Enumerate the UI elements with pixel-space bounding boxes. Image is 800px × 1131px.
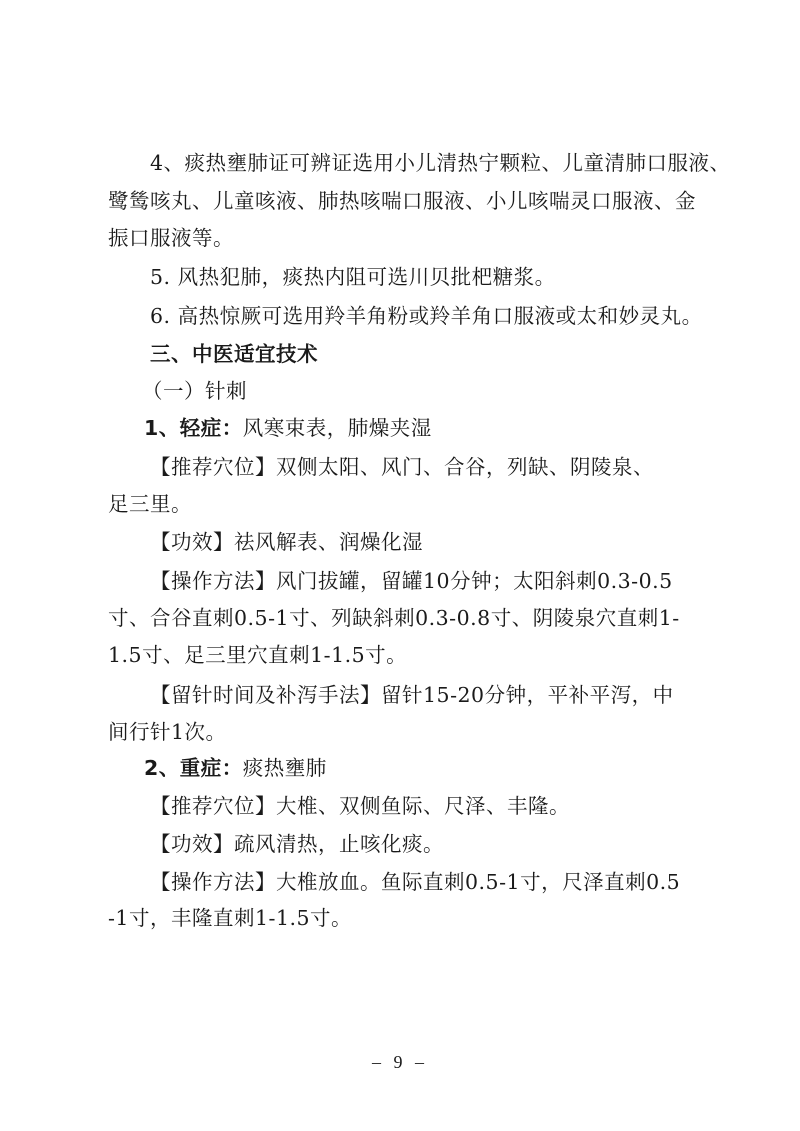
paragraph-line: 【操作方法】风门拔罐，留罐10分钟；太阳斜刺0.3-0.5 xyxy=(150,567,673,595)
item-description: 痰热壅肺 xyxy=(243,756,327,780)
paragraph-line: 足三里。 xyxy=(108,490,192,518)
paragraph-line: 5. 风热犯肺，痰热内阻可选川贝批杷糖浆。 xyxy=(150,263,556,291)
item-label: 2、重症： xyxy=(144,756,243,780)
paragraph-line: 4、痰热壅肺证可辨证选用小儿清热宁颗粒、儿童清肺口服液、 xyxy=(150,149,731,177)
paragraph-line: 【推荐穴位】大椎、双侧鱼际、尺泽、丰隆。 xyxy=(150,792,570,820)
paragraph-line: 间行针1次。 xyxy=(108,718,227,746)
subsection-heading: （一）针刺 xyxy=(142,377,247,405)
paragraph-line: 【推荐穴位】双侧太阳、风门、合谷，列缺、阴陵泉、 xyxy=(150,453,654,481)
item-description: 风寒束表，肺燥夹湿 xyxy=(243,416,432,440)
paragraph-line: 【留针时间及补泻手法】留针15-20分钟，平补平泻，中 xyxy=(150,681,674,709)
item-heading-severe: 2、重症：痰热壅肺 xyxy=(144,754,327,782)
paragraph-line: 【操作方法】大椎放血。鱼际直刺0.5-1寸，尺泽直刺0.5 xyxy=(150,868,680,896)
item-label: 1、轻症： xyxy=(144,416,243,440)
paragraph-line: 鹭鸶咳丸、儿童咳液、肺热咳喘口服液、小儿咳喘灵口服液、金 xyxy=(108,187,696,215)
paragraph-line: 振口服液等。 xyxy=(108,224,234,252)
section-heading: 三、中医适宜技术 xyxy=(150,340,318,368)
paragraph-line: 【功效】祛风解表、润燥化湿 xyxy=(150,528,423,556)
item-heading-mild: 1、轻症：风寒束表，肺燥夹湿 xyxy=(144,414,432,442)
paragraph-line: 【功效】疏风清热，止咳化痰。 xyxy=(150,830,444,858)
paragraph-line: 寸、合谷直刺0.5-1寸、列缺斜刺0.3-0.8寸、阴陵泉穴直刺1- xyxy=(108,604,680,632)
paragraph-line: 1.5寸、足三里穴直刺1-1.5寸。 xyxy=(108,641,407,669)
paragraph-line: 6. 高热惊厥可选用羚羊角粉或羚羊角口服液或太和妙灵丸。 xyxy=(150,302,703,330)
paragraph-line: -1寸，丰隆直刺1-1.5寸。 xyxy=(108,904,352,932)
page-number: – 9 – xyxy=(0,1052,800,1073)
